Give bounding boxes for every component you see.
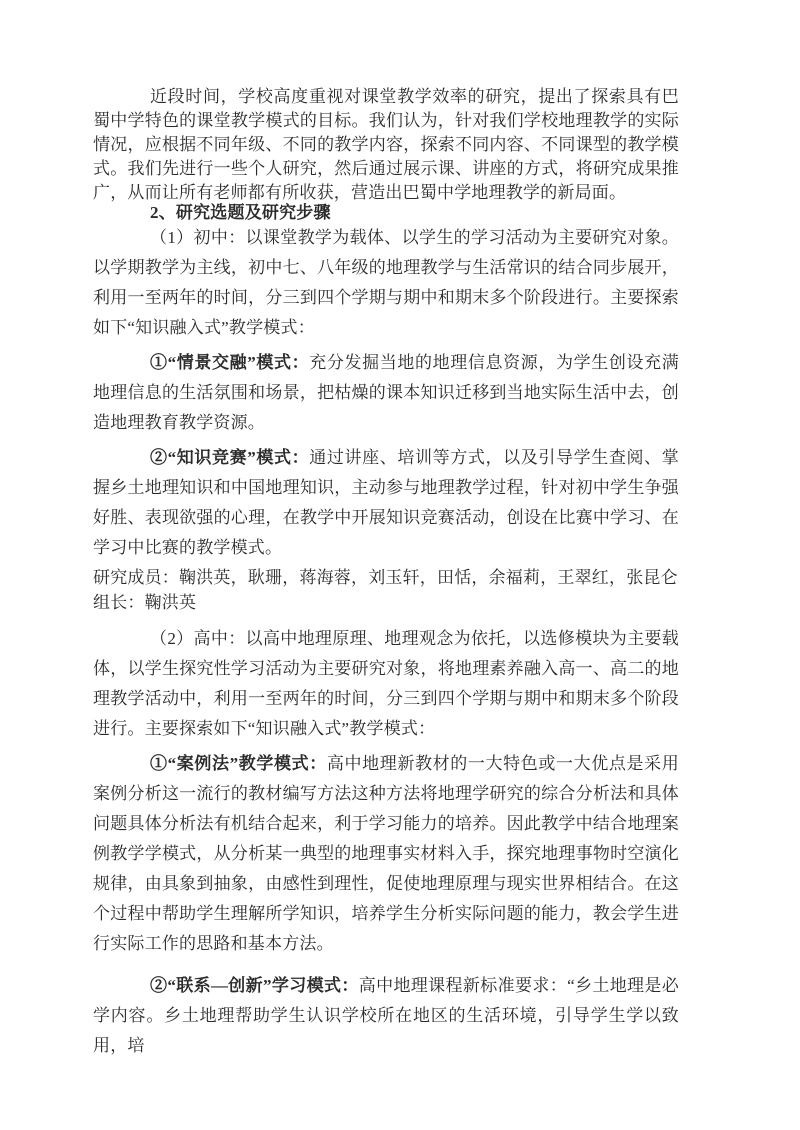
senior-research-paragraph: （2）高中：以高中地理原理、地理观念为依托，以选修模块为主要载体，以学生探究性学… bbox=[93, 624, 679, 744]
junior-research-paragraph: （1）初中：以课堂教学为载体、以学生的学习活动为主要研究对象。以学期教学为主线，… bbox=[93, 223, 679, 343]
research-members-line: 研究成员：鞠洪英，耿珊，蒋海蓉，刘玉轩，田恬，余福莉，王翠红，张昆仑 bbox=[93, 565, 679, 590]
senior-mode1-text: 高中地理新教材的一大特色或一大优点是采用案例分析这一流行的教材编写方法这种方法将… bbox=[93, 754, 679, 953]
junior-mode1-paragraph: ①“情景交融”模式：充分发掘当地的地理信息资源，为学生创设充满地理信息的生活氛围… bbox=[93, 348, 679, 438]
senior-mode2-paragraph: ②“联系—创新”学习模式：高中地理课程新标准要求：“乡土地理是必学内容。乡土地理… bbox=[93, 971, 679, 1061]
group-leader-line: 组长：鞠洪英 bbox=[93, 590, 679, 615]
senior-mode1-title: ①“案例法”教学模式： bbox=[150, 754, 327, 773]
junior-mode1-title: ①“情景交融”模式： bbox=[150, 353, 309, 372]
document-page: 近段时间，学校高度重视对课堂教学效率的研究，提出了探索具有巴蜀中学特色的课堂教学… bbox=[93, 85, 679, 1061]
senior-mode2-title: ②“联系—创新”学习模式： bbox=[150, 976, 359, 995]
junior-mode2-paragraph: ②“知识竞赛”模式：通过讲座、培训等方式，以及引导学生查阅、掌握乡土地理知识和中… bbox=[93, 443, 679, 563]
intro-paragraph: 近段时间，学校高度重视对课堂教学效率的研究，提出了探索具有巴蜀中学特色的课堂教学… bbox=[93, 85, 679, 205]
junior-mode2-title: ②“知识竞赛”模式： bbox=[150, 448, 309, 467]
senior-mode1-paragraph: ①“案例法”教学模式：高中地理新教材的一大特色或一大优点是采用案例分析这一流行的… bbox=[93, 749, 679, 959]
